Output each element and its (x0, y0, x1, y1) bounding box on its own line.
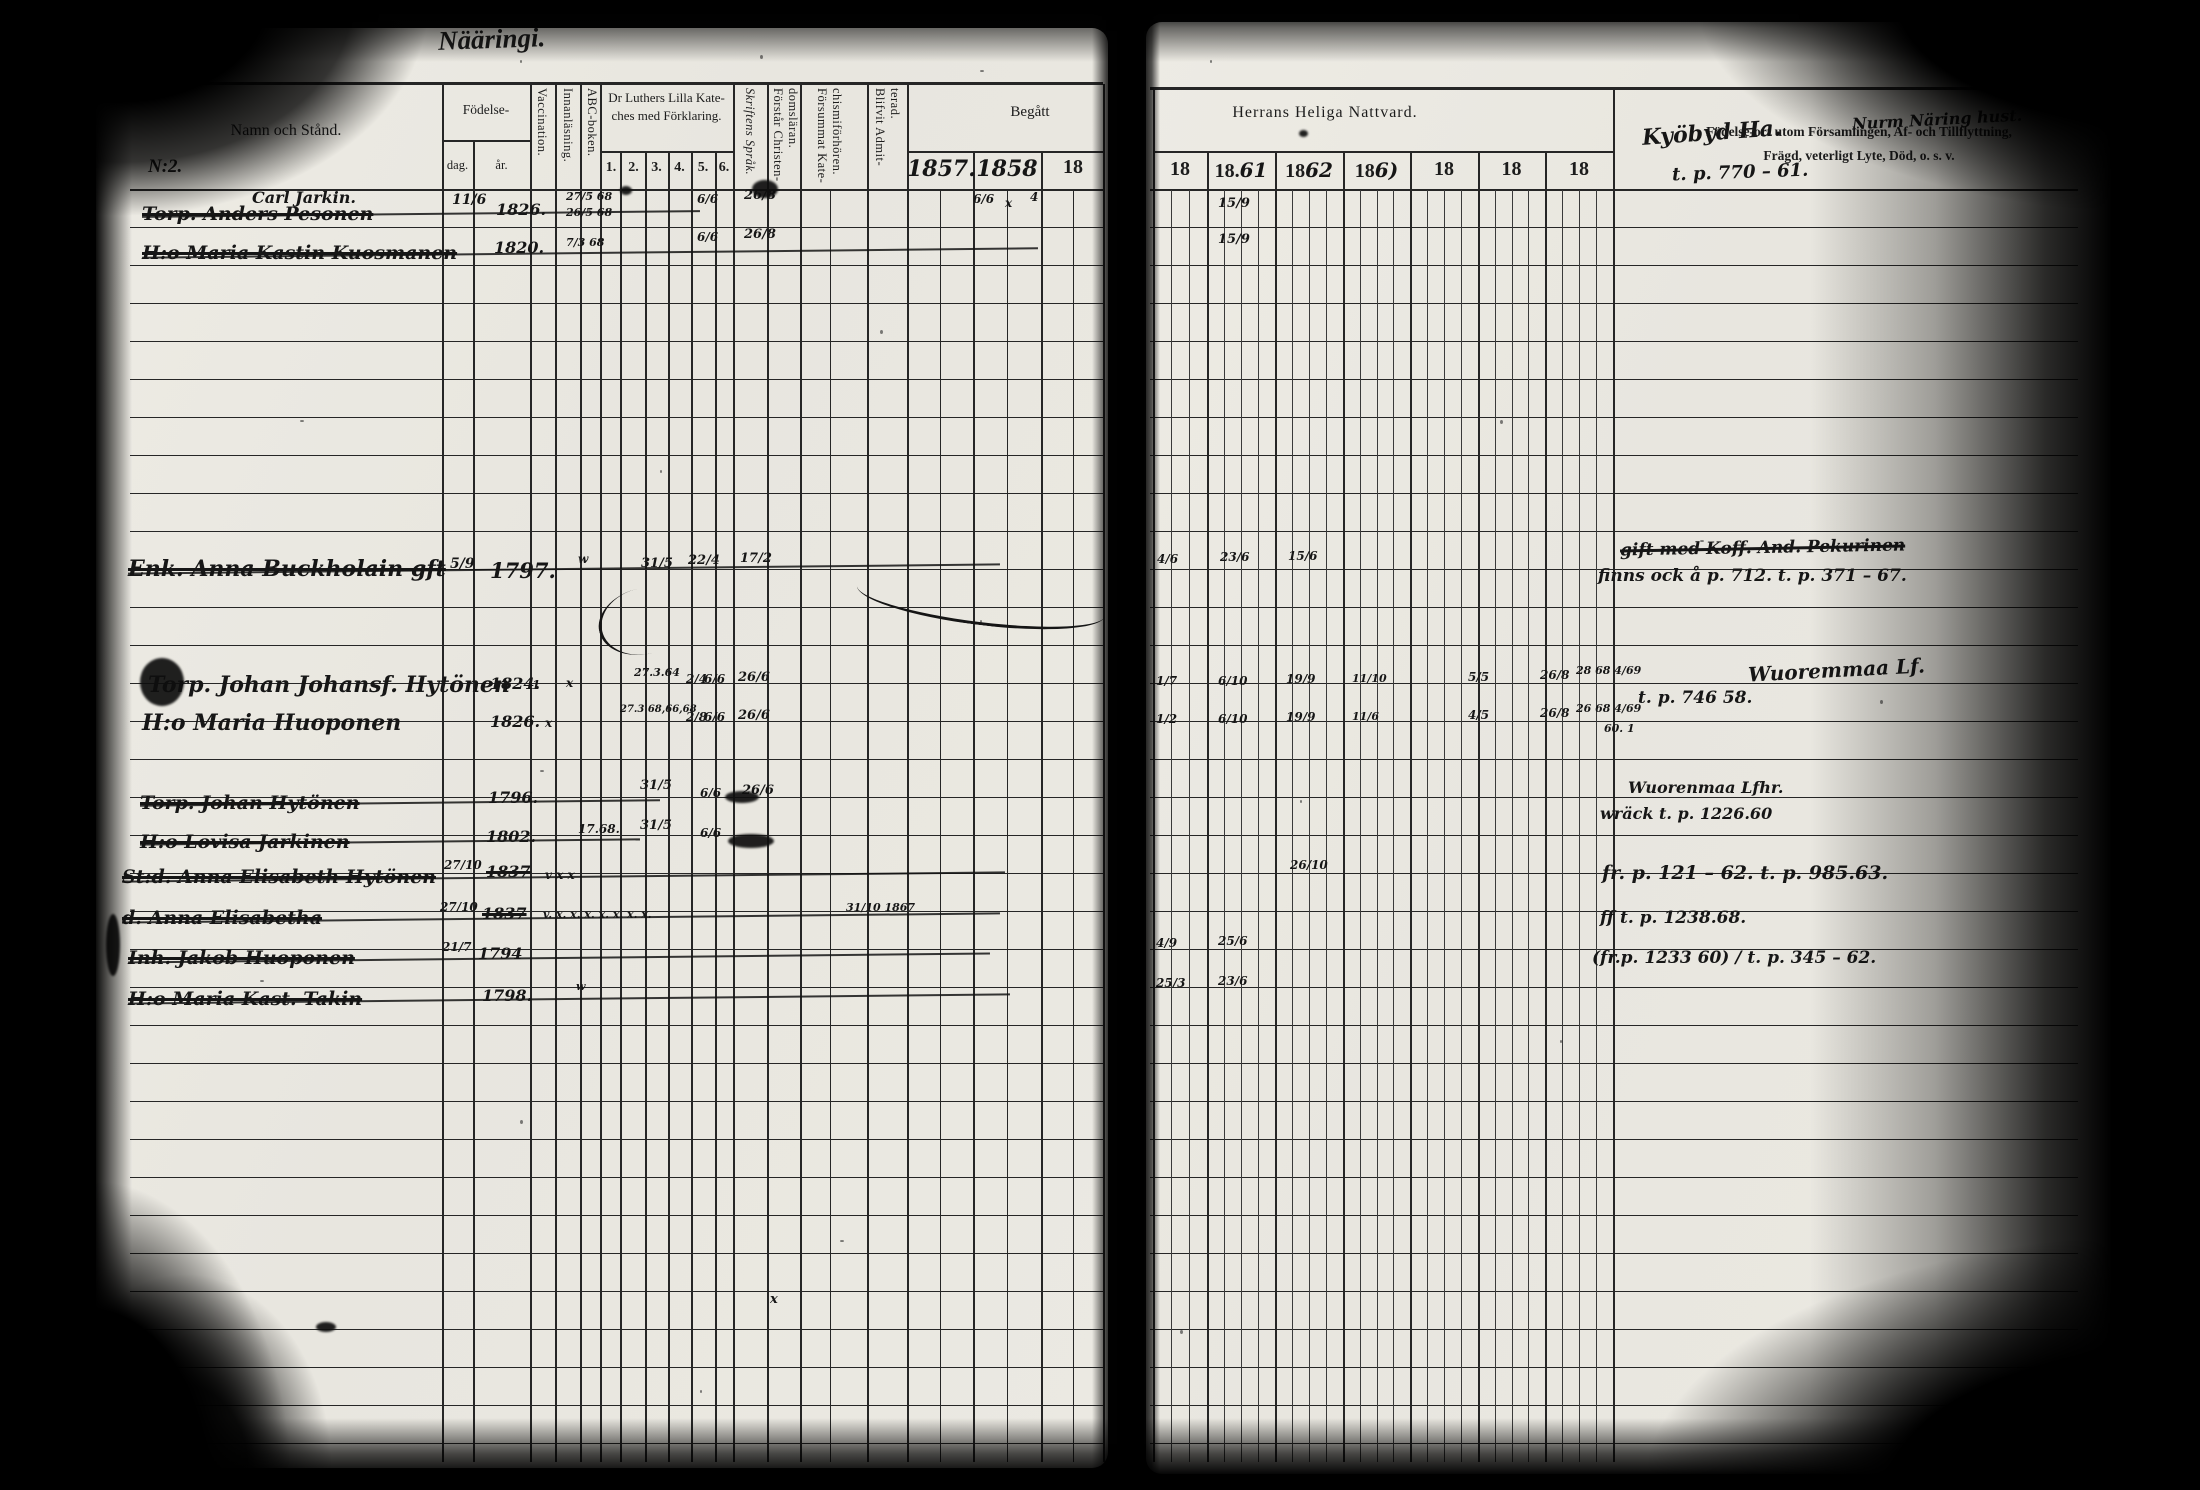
entry-name: d. Anna Elisabetha (122, 907, 322, 929)
scan-speck (1180, 1330, 1183, 1334)
cell-mark: 6/6 (704, 672, 725, 686)
scan-speck (1880, 700, 1883, 704)
scan-speck (980, 620, 982, 623)
pen-flourish (854, 561, 1108, 640)
cell-mark: 27/10 (444, 858, 482, 872)
cell-mark: 1/2 (1156, 712, 1177, 726)
cell-mark: 1797. (490, 558, 556, 583)
scan-speck (840, 1240, 844, 1242)
cell-mark: 26/8 (1540, 668, 1569, 682)
margin-note: finns ock å p. 712. t. p. 371 – 67. (1598, 566, 1907, 586)
scan-speck (1700, 540, 1704, 542)
cell-mark: 27.3.64 (634, 666, 680, 679)
cell-mark: v. x. x. x. x. x. x. x. (543, 908, 652, 921)
scan-speck (880, 330, 883, 334)
cell-mark: 15/6 (1288, 549, 1317, 563)
cell-mark: 1802. (486, 827, 536, 846)
cell-mark: 6/6 (697, 230, 718, 244)
cell-mark: 21/7 (442, 940, 471, 954)
ink-smudge (316, 1322, 336, 1332)
ink-smudge (725, 791, 759, 803)
cell-mark: 1794 (478, 944, 523, 963)
pen-flourish (591, 578, 697, 665)
scan-speck (760, 55, 763, 59)
cell-mark: 7/3 68 (566, 236, 604, 249)
cell-mark: 19/9 (1286, 672, 1315, 686)
cell-mark: 19/9 (1286, 710, 1315, 724)
margin-note: Wuoremmaa Lf. (1747, 653, 1925, 686)
scan-speck (1210, 60, 1212, 63)
handwriting-layer: Carl Jarkin.Torp. Anders PesonenH:o Mari… (0, 0, 2200, 1490)
cell-mark: 6/6 (973, 192, 994, 206)
cell-mark: 4/9 (1156, 936, 1177, 950)
cell-mark: w (578, 552, 588, 566)
cell-mark: 31/5 (640, 778, 672, 793)
margin-note: wräck t. p. 1226.60 (1600, 804, 1772, 823)
scan-speck (1300, 800, 1302, 803)
cell-mark: 26 68 4/69 (1576, 702, 1641, 715)
entry-name: H:o Maria Huoponen (142, 710, 401, 736)
cell-mark: x (566, 676, 573, 690)
cell-mark: 26/8 (1540, 706, 1569, 720)
cell-mark: 1/7 (1156, 674, 1177, 688)
cell-mark: 15/9 (1218, 232, 1250, 247)
entry-name: Torp. Johan Johansf. Hytönen (148, 672, 510, 698)
cell-mark: 4/6 (1157, 552, 1178, 566)
cell-mark: 31/10 1867 (846, 901, 915, 914)
cell-mark: 25/3 (1156, 976, 1185, 990)
margin-note: t. p. 746 58. (1638, 688, 1752, 708)
ink-smudge (106, 914, 120, 976)
cell-mark: 22/4 (688, 553, 720, 568)
cell-mark: 1837 (486, 862, 531, 881)
cell-mark: 11/6 (452, 192, 486, 208)
cell-mark: v x x (545, 868, 575, 882)
scanned-ledger-page: 1857.1858181818.611862186)1818181.2.3.4.… (0, 0, 2200, 1490)
cell-mark: 60. 1 (1604, 722, 1635, 735)
scan-speck (700, 1390, 702, 1393)
cell-mark: 5/9 (450, 556, 475, 572)
margin-note: (fr.p. 1233 60) / t. p. 345 – 62. (1592, 948, 1876, 968)
cell-mark: 11/6 (1352, 710, 1379, 723)
cell-mark: 1826. (490, 712, 540, 731)
cell-mark: 28 68 4/69 (1576, 664, 1641, 677)
cell-mark: x (770, 1292, 778, 1307)
cell-mark: 26/8 (744, 227, 776, 242)
margin-note: fr. p. 121 – 62. t. p. 985.63. (1602, 862, 1888, 884)
cell-mark: 1796. (488, 788, 538, 807)
margin-note: gift med Koff. And. Pekurinen (1620, 536, 1905, 561)
cell-mark: 23/6 (1220, 550, 1249, 564)
cell-mark: 1837 (482, 904, 527, 923)
cell-mark: 31/5 (640, 818, 672, 833)
cell-mark: 11/10 (1352, 672, 1387, 685)
cell-mark: 1826. (496, 200, 546, 219)
margin-note: Wuorenmaa Lfhr. (1628, 778, 1783, 797)
cell-mark: 6/6 (700, 786, 721, 800)
scan-speck (660, 470, 662, 473)
margin-note: ff t. p. 1238.68. (1600, 908, 1746, 928)
cell-mark: 27/10 (440, 900, 478, 914)
scan-speck (1560, 1040, 1562, 1043)
cell-mark: 27/5 68 (566, 190, 612, 203)
cell-mark: 15/9 (1218, 196, 1250, 211)
scan-speck (520, 1120, 523, 1124)
cell-mark: 25/6 (1218, 934, 1247, 948)
cell-mark: 17.68. (578, 822, 620, 836)
scan-speck (420, 250, 423, 254)
cell-mark: 6/6 (697, 192, 718, 206)
ink-smudge (728, 834, 774, 848)
margin-note: t. p. 770 – 61. (1672, 160, 1809, 186)
ink-smudge (140, 658, 184, 706)
cell-mark: 17/2 (740, 551, 772, 566)
entry-name: H:o Maria Kast. Takin (128, 988, 362, 1010)
margin-note: Kyöbyd Ha. (1641, 115, 1782, 151)
scan-speck (260, 980, 264, 982)
cell-mark: 6/10 (1218, 712, 1247, 726)
cell-mark: 26/6 (738, 670, 770, 685)
scan-speck (540, 770, 544, 772)
cell-mark: 26/10 (1290, 858, 1328, 872)
cell-mark: 26/6 (738, 708, 770, 723)
cell-mark: x (545, 716, 552, 730)
cell-mark: 5/5 (1468, 670, 1489, 684)
scan-speck (520, 60, 522, 63)
cell-mark: 6/6 (700, 826, 721, 840)
cell-mark: w (576, 980, 585, 993)
cell-mark: 1798. (482, 986, 532, 1005)
cell-mark: 23/6 (1218, 974, 1247, 988)
cell-mark: 1 (532, 678, 540, 692)
cell-mark: 26/5 68 (566, 206, 612, 219)
cell-mark: 4 (1030, 190, 1038, 204)
ink-smudge (752, 180, 778, 198)
ink-smudge (620, 186, 632, 195)
cell-mark: 6/10 (1218, 674, 1247, 688)
ink-smudge (1299, 130, 1308, 137)
cell-mark: x (1005, 196, 1012, 210)
margin-note: Nurm Näring hust. (1852, 106, 2023, 134)
scan-speck (300, 420, 304, 422)
cell-mark: 4/5 (1468, 708, 1489, 722)
scan-speck (980, 70, 984, 72)
cell-mark: 6/6 (704, 710, 725, 724)
cell-mark: 31/5 (641, 556, 673, 571)
scan-speck (1500, 420, 1503, 424)
entry-name: Inh. Jakob Huoponen (128, 947, 355, 969)
cell-mark: 1820. (494, 238, 544, 257)
